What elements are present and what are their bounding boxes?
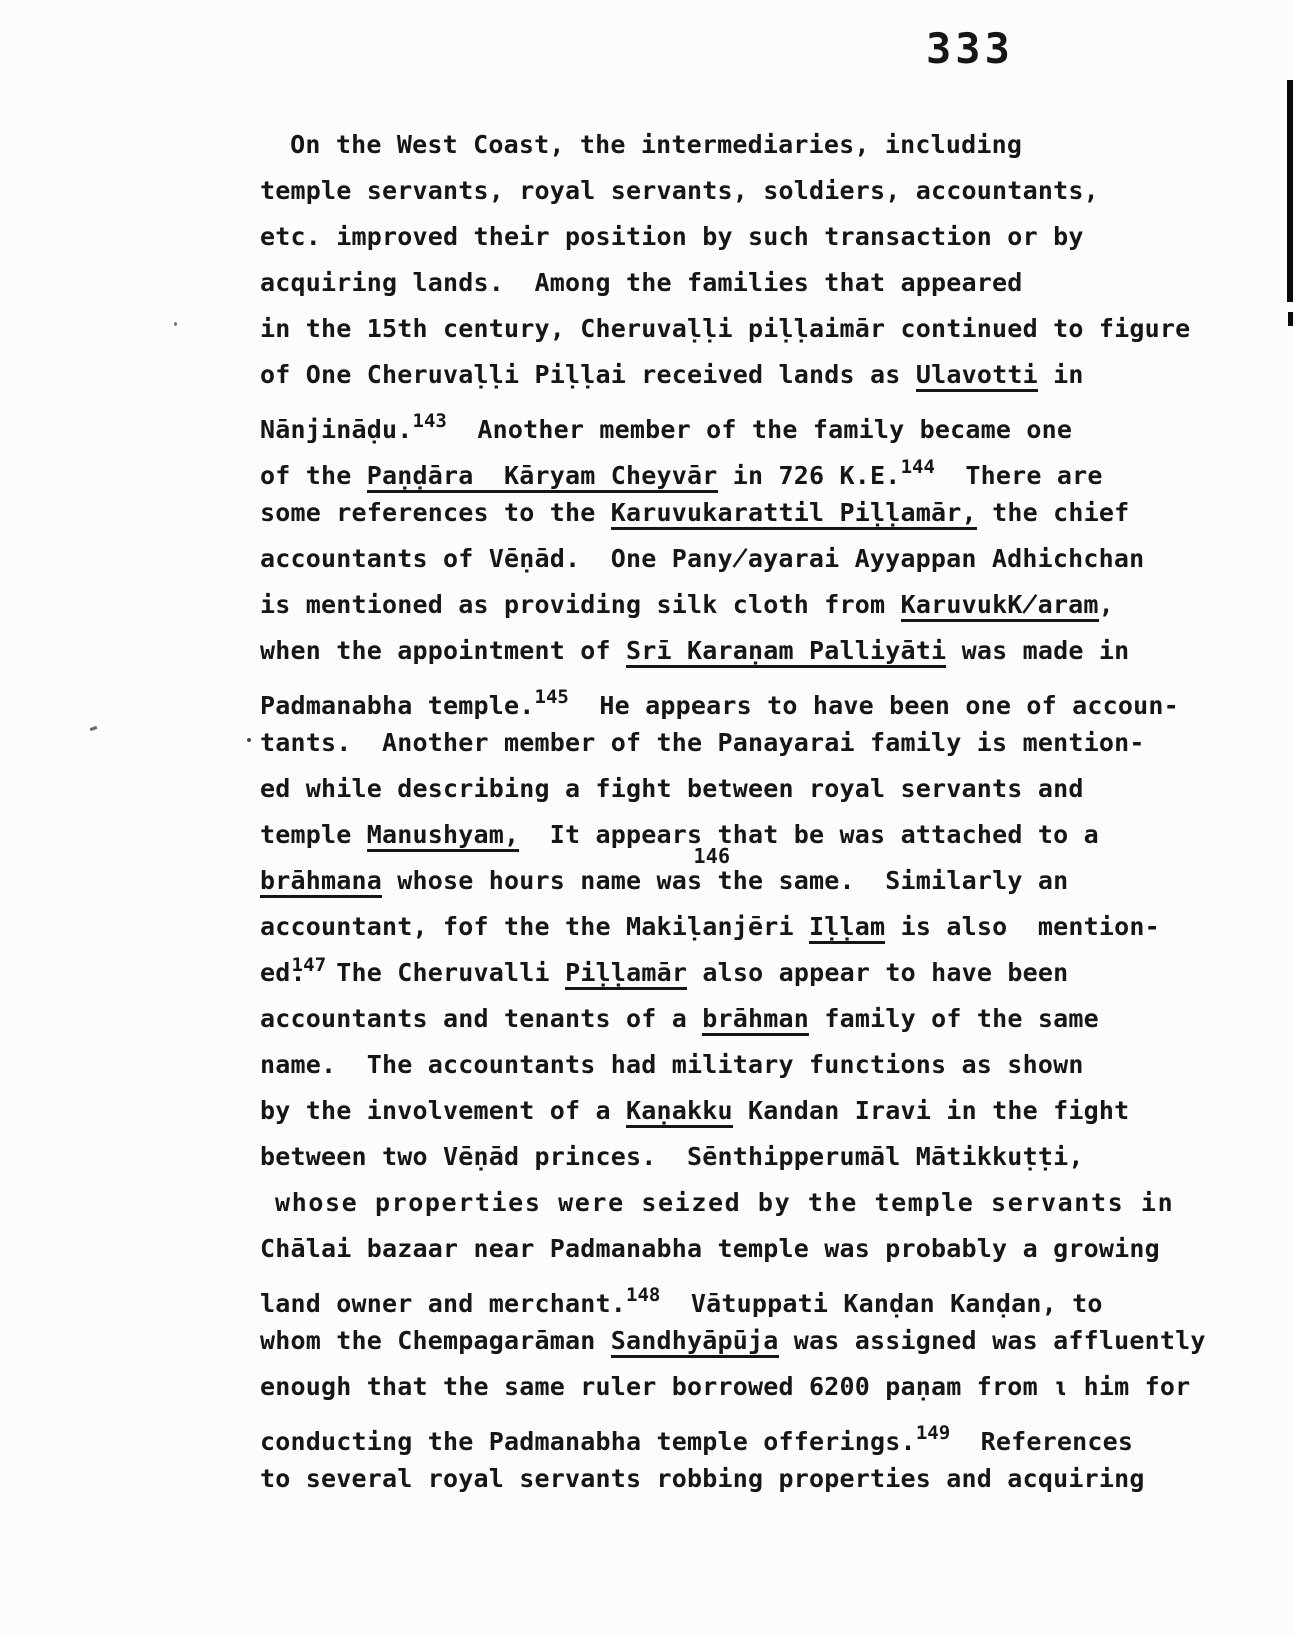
text-run: was made in (946, 636, 1129, 665)
document-page: 333 On the West Coast, the intermediarie… (0, 0, 1294, 1635)
text-run: Chālai bazaar near Padmanabha temple was… (260, 1234, 1160, 1263)
text-run: in 726 K.E. (718, 461, 901, 490)
text-run: Nānjināḍu. (260, 415, 413, 444)
text-line: name. The accountants had military funct… (260, 1042, 1206, 1088)
text-run: tants. Another member of the Panayarai f… (260, 728, 1145, 757)
text-run: between two Vēṇād princes. Sēnthipperumā… (260, 1142, 1084, 1171)
text-line: ed while describing a fight between roya… (260, 766, 1206, 812)
text-line: is mentioned as providing silk cloth fro… (260, 582, 1206, 628)
footnote-ref: 145 (535, 686, 569, 708)
footnote-ref: 144 (901, 456, 935, 478)
underlined-term: Kaṇakku (626, 1096, 733, 1128)
text-line: by the involvement of a Kaṇakku Kandan I… (260, 1088, 1206, 1134)
text-run: Padmanabha temple. (260, 691, 535, 720)
text-run: It appears that be was attached to a (519, 820, 1099, 849)
text-run: temple servants, royal servants, soldier… (260, 176, 1099, 205)
underlined-term: Srī Karaṇam Palliyāti (626, 636, 946, 668)
text-run: accountants of Vēṇād. One Pany̸ayarai Ay… (260, 544, 1144, 573)
text-run: whose properties were seized by the temp… (275, 1188, 1174, 1217)
scan-artifact-speck (247, 738, 251, 742)
text-run: in (1038, 360, 1084, 389)
footnote-ref-above: 146 (693, 846, 730, 866)
footnote-ref: 148 (626, 1284, 660, 1306)
text-run: is also mention- (885, 912, 1160, 941)
text-line: tants. Another member of the Panayarai f… (260, 720, 1206, 766)
text-run: some references to the (260, 498, 611, 527)
text-run: the chief (977, 498, 1130, 527)
text-run: name. The accountants had military funct… (260, 1050, 1084, 1079)
text-run: Kandan Iravi in the fight (733, 1096, 1130, 1125)
footnote-ref: 143 (413, 410, 447, 432)
text-run: acquiring lands. Among the families that… (260, 268, 1023, 297)
text-line: etc. improved their position by such tra… (260, 214, 1206, 260)
text-line: whom the Chempagarāman Sandhyāpūja was a… (260, 1318, 1206, 1364)
text-run: by the involvement of a (260, 1096, 626, 1125)
text-line: some references to the Karuvukarattil Pi… (260, 490, 1206, 536)
text-line: Chālai bazaar near Padmanabha temple was… (260, 1226, 1206, 1272)
text-run: Another member of the family became one (447, 415, 1072, 444)
text-run: enough that the same ruler borrowed 6200… (260, 1372, 1190, 1401)
text-line: land owner and merchant.148 Vātuppati Ka… (260, 1272, 1206, 1318)
underlined-term: Iḷḷam (809, 912, 885, 944)
text-run: accountant, fof the the Makiḷanjēri (260, 912, 809, 941)
text-run: whom the Chempagarāman (260, 1326, 611, 1355)
scan-artifact-speck (174, 322, 177, 326)
underlined-term: brāhman (702, 1004, 809, 1036)
text-block: On the West Coast, the intermediaries, i… (260, 122, 1206, 1502)
text-line: accountants and tenants of a brāhman fam… (260, 996, 1206, 1042)
text-run: land owner and merchant. (260, 1289, 626, 1318)
text-run: of One Cheruvaḷḷi Piḷḷai received lands … (260, 360, 916, 389)
scan-artifact-speck (90, 726, 98, 731)
footnote-ref-stacked: .147 (291, 950, 306, 996)
text-run: On the West Coast, the intermediaries, i… (290, 130, 1022, 159)
footnote-ref: 147 (292, 956, 327, 975)
text-run: , (1099, 590, 1114, 619)
text-line: conducting the Padmanabha temple offerin… (260, 1410, 1206, 1456)
text-run: Vātuppati Kanḍan Kanḍan, to (660, 1289, 1102, 1318)
text-run: The Cheruvalli (306, 958, 565, 987)
text-line: temple servants, royal servants, soldier… (260, 168, 1206, 214)
underlined-term: Manushyam, (367, 820, 520, 852)
page-number: 333 (926, 24, 1014, 73)
text-run: to several royal servants robbing proper… (260, 1464, 1145, 1493)
text-line: between two Vēṇād princes. Sēnthipperumā… (260, 1134, 1206, 1180)
text-run: etc. improved their position by such tra… (260, 222, 1084, 251)
text-run: of the (260, 461, 367, 490)
underlined-term: Piḷḷamār (565, 958, 687, 990)
text-run: family of the same (809, 1004, 1099, 1033)
text-run: whose hours name was the same. Similarly… (382, 866, 1068, 895)
text-run: is mentioned as providing silk cloth fro… (260, 590, 901, 619)
text-line: accountant, fof the the Makiḷanjēri Iḷḷa… (260, 904, 1206, 950)
underlined-term: brāhmana (260, 866, 382, 898)
text-line: 146brāhmana whose hours name was the sam… (260, 858, 1206, 904)
scan-artifact-edge-line (1287, 80, 1293, 302)
text-run: ed (260, 958, 291, 987)
text-line: temple Manushyam, It appears that be was… (260, 812, 1206, 858)
text-line: ed.147 The Cheruvalli Piḷḷamār also appe… (260, 950, 1206, 996)
text-line: Padmanabha temple.145 He appears to have… (260, 674, 1206, 720)
text-run: conducting the Padmanabha temple offerin… (260, 1427, 916, 1456)
text-run: accountants and tenants of a (260, 1004, 702, 1033)
text-run: also appear to have been (687, 958, 1068, 987)
footnote-ref: 149 (916, 1422, 950, 1444)
text-run: ed while describing a fight between roya… (260, 774, 1084, 803)
text-line: acquiring lands. Among the families that… (260, 260, 1206, 306)
underlined-term: Ulavotti (916, 360, 1038, 392)
text-line: of the Paṇḍāra Kāryam Cheyvār in 726 K.E… (260, 444, 1206, 490)
text-run: References (950, 1427, 1133, 1456)
text-line: of One Cheruvaḷḷi Piḷḷai received lands … (260, 352, 1206, 398)
scan-artifact-edge-dot (1288, 312, 1293, 326)
text-run: when the appointment of (260, 636, 626, 665)
text-run: He appears to have been one of accoun- (569, 691, 1179, 720)
text-line: to several royal servants robbing proper… (260, 1456, 1206, 1502)
text-line: accountants of Vēṇād. One Pany̸ayarai Ay… (260, 536, 1206, 582)
underlined-term: KaruvukK̸aram (901, 590, 1099, 622)
text-line: whose properties were seized by the temp… (260, 1180, 1206, 1226)
text-run: in the 15th century, Cheruvaḷḷi piḷḷaimā… (260, 314, 1190, 343)
text-run: was assigned was affluently (779, 1326, 1206, 1355)
text-line: in the 15th century, Cheruvaḷḷi piḷḷaimā… (260, 306, 1206, 352)
text-run: There are (935, 461, 1103, 490)
text-line: On the West Coast, the intermediaries, i… (260, 122, 1206, 168)
text-run: temple (260, 820, 367, 849)
text-line: enough that the same ruler borrowed 6200… (260, 1364, 1206, 1410)
underlined-term: Paṇḍāra Kāryam Cheyvār (367, 461, 718, 493)
underlined-term: Sandhyāpūja (611, 1326, 779, 1358)
text-line: Nānjināḍu.143 Another member of the fami… (260, 398, 1206, 444)
underlined-term: Karuvukarattil Piḷḷamār, (611, 498, 977, 530)
text-line: when the appointment of Srī Karaṇam Pall… (260, 628, 1206, 674)
